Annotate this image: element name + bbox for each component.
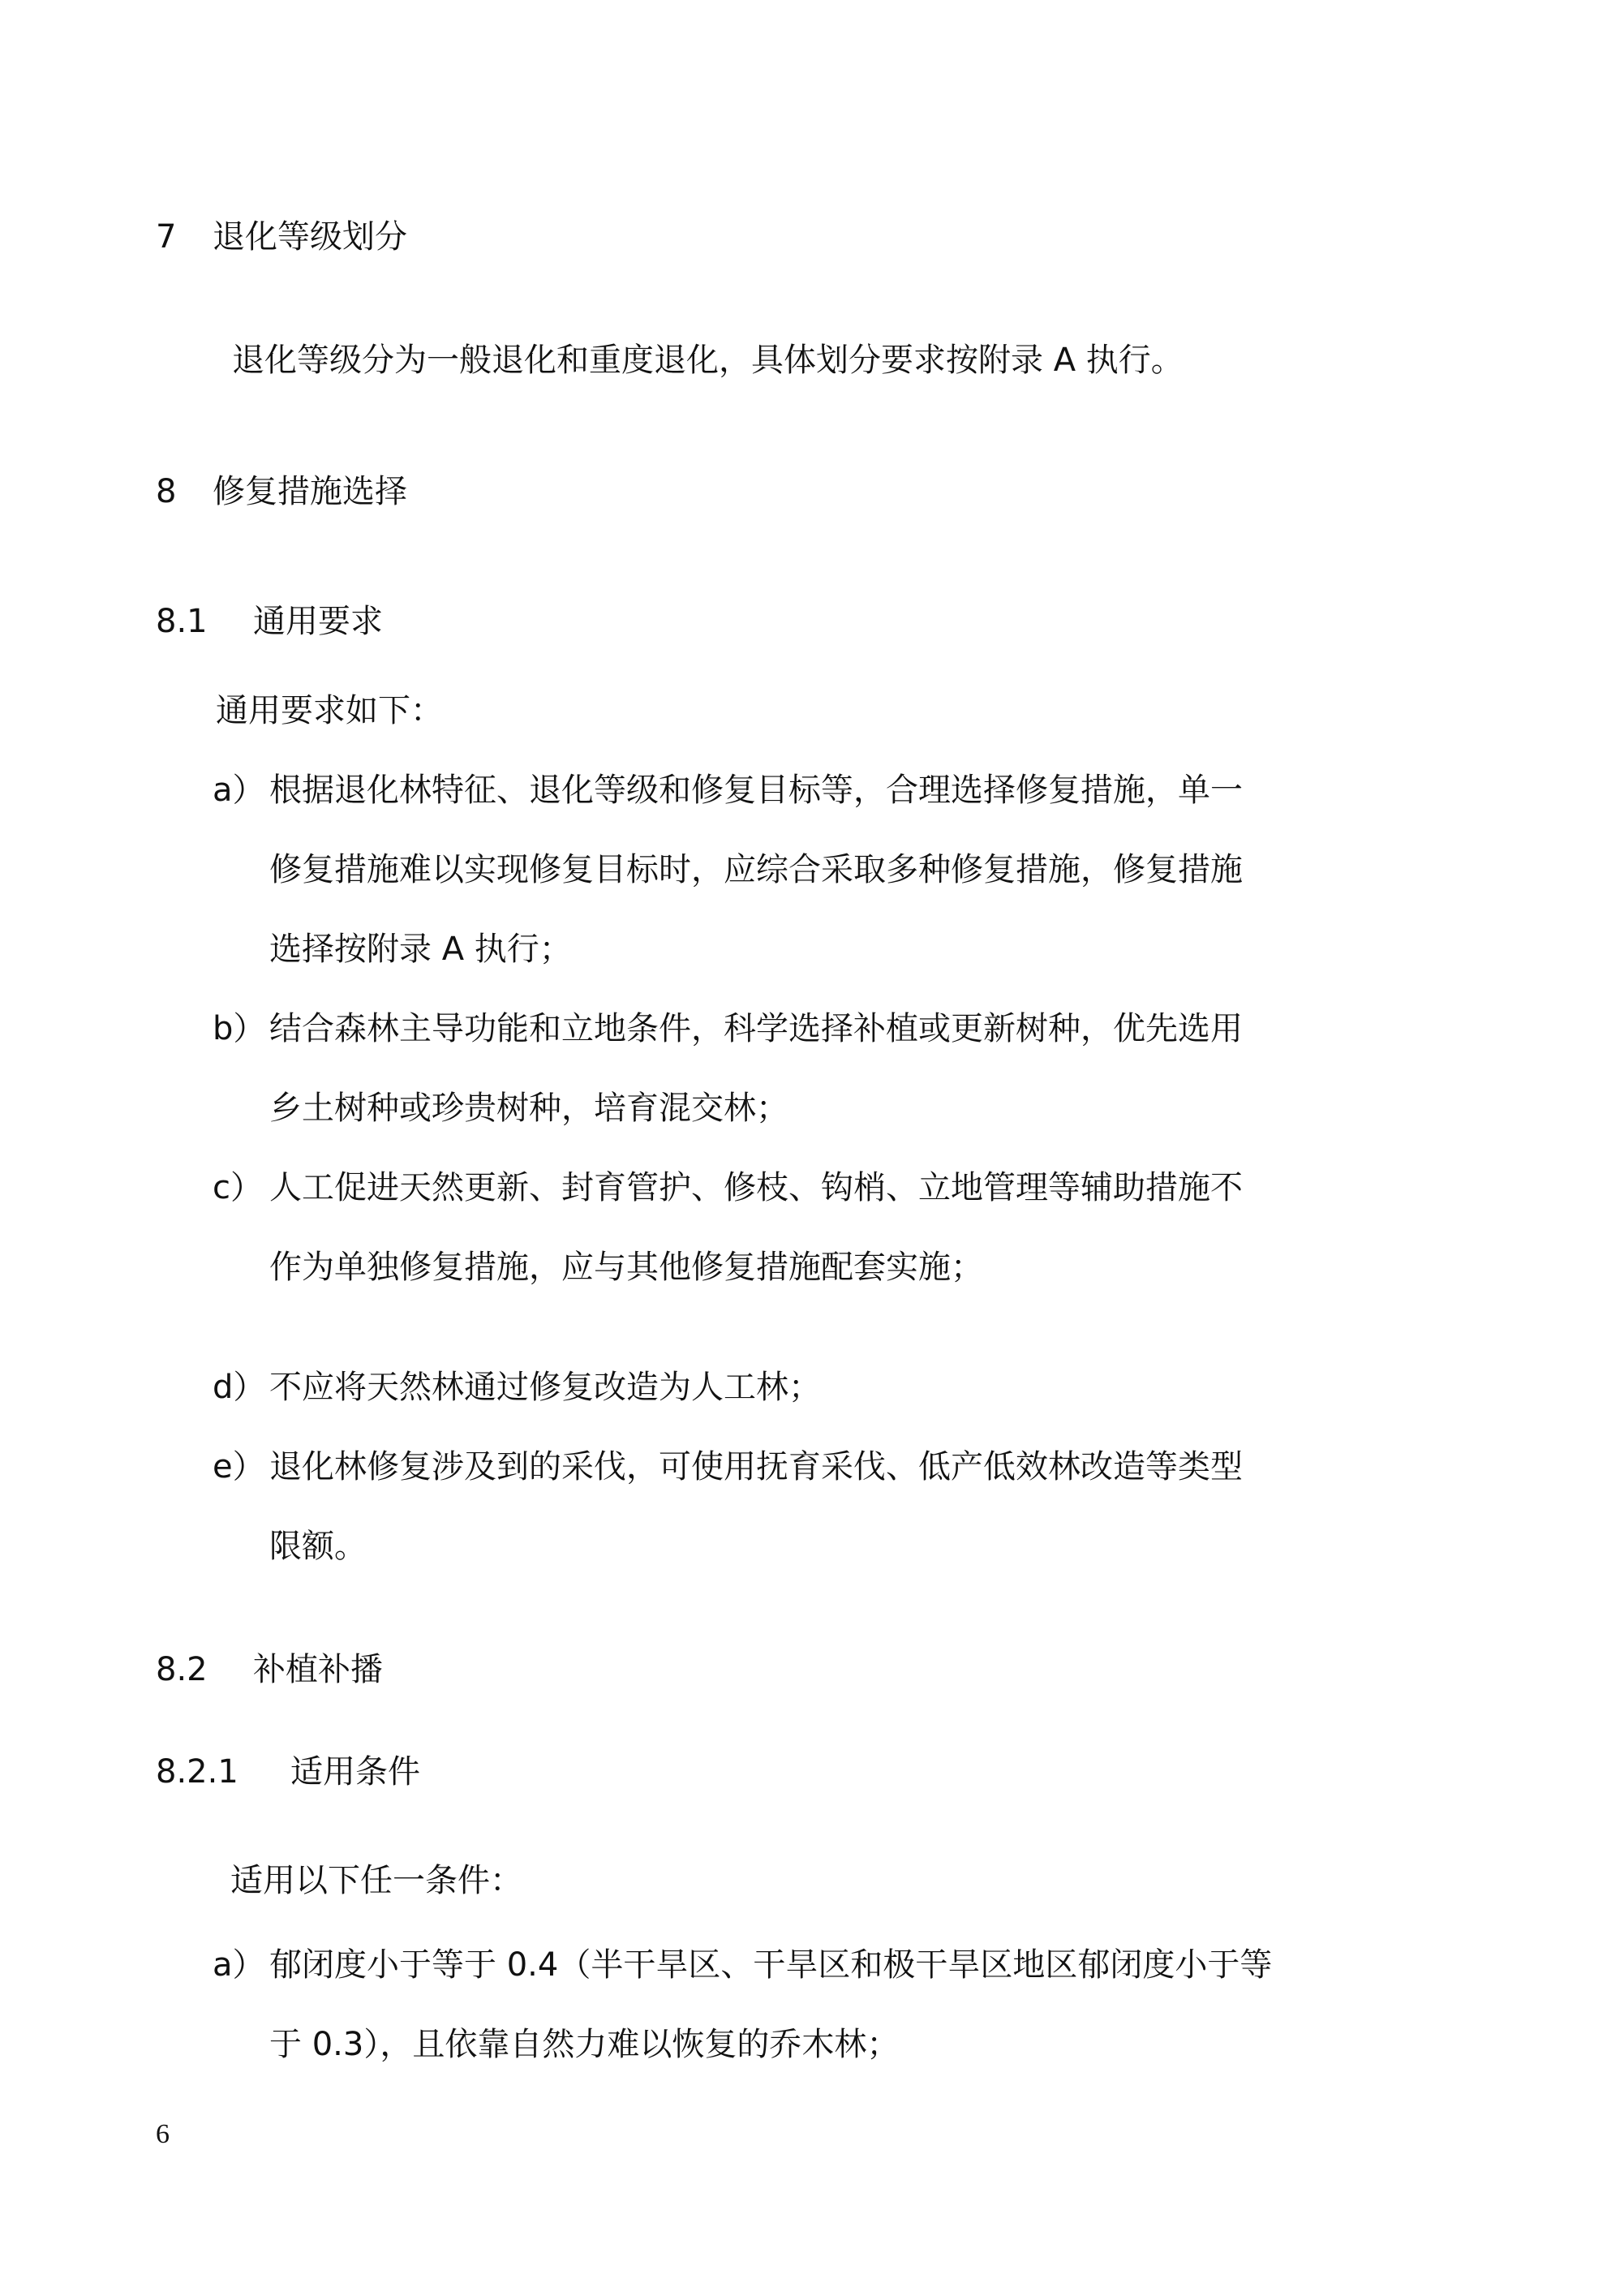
section-number: 8.1	[156, 602, 253, 641]
list-item-continuation: 作为单独修复措施，应与其他修复措施配套实施；	[269, 1248, 983, 1287]
list-item-text: 结合森林主导功能和立地条件，科学选择补植或更新树种，优先选用	[269, 1010, 1243, 1047]
list-item-text: 郁闭度小于等于 0.4（半干旱区、干旱区和极干旱区地区郁闭度小于等	[269, 1946, 1272, 1984]
list-item-text: 人工促进天然更新、封育管护、修枝、钩梢、立地管理等辅助措施不	[269, 1169, 1243, 1206]
section-title: 修复措施选择	[213, 472, 407, 511]
section-number: 8	[156, 472, 213, 511]
list-item-e: e）退化林修复涉及到的采伐，可使用抚育采伐、低产低效林改造等类型	[213, 1447, 1243, 1486]
list-item-continuation: 乡土树种或珍贵树种，培育混交林；	[269, 1089, 788, 1128]
list-item-a: a）根据退化林特征、退化等级和修复目标等，合理选择修复措施，单一	[213, 771, 1243, 810]
list-item-a: a）郁闭度小于等于 0.4（半干旱区、干旱区和极干旱区地区郁闭度小于等	[213, 1946, 1272, 1984]
heading-section-8-2: 8.2补植补播	[156, 1650, 383, 1689]
list-item-text: 根据退化林特征、退化等级和修复目标等，合理选择修复措施，单一	[269, 772, 1243, 809]
list-item-c: c）人工促进天然更新、封育管护、修枝、钩梢、立地管理等辅助措施不	[213, 1168, 1243, 1207]
list-item-continuation: 选择按附录 A 执行；	[269, 930, 572, 969]
paragraph-intro-8-2-1: 适用以下任一条件：	[230, 1861, 522, 1900]
section-title: 通用要求	[253, 602, 383, 641]
page-number: 6	[156, 2119, 170, 2150]
paragraph-intro-8-1: 通用要求如下：	[216, 691, 443, 730]
list-marker: b）	[213, 1009, 269, 1048]
heading-section-8: 8修复措施选择	[156, 472, 407, 511]
section-number: 8.2	[156, 1650, 253, 1689]
list-marker: c）	[213, 1168, 269, 1207]
list-item-continuation: 限额。	[269, 1527, 367, 1566]
list-marker: a）	[213, 1946, 269, 1984]
section-title: 退化等级划分	[213, 217, 407, 256]
list-item-text: 不应将天然林通过修复改造为人工林；	[269, 1369, 821, 1406]
section-number: 8.2.1	[156, 1752, 290, 1791]
list-item-b: b）结合森林主导功能和立地条件，科学选择补植或更新树种，优先选用	[213, 1009, 1243, 1048]
heading-section-7: 7退化等级划分	[156, 217, 407, 256]
list-item-text: 退化林修复涉及到的采伐，可使用抚育采伐、低产低效林改造等类型	[269, 1448, 1243, 1486]
list-marker: d）	[213, 1368, 269, 1407]
document-page: 7退化等级划分 退化等级分为一般退化和重度退化，具体划分要求按附录 A 执行。 …	[0, 0, 1624, 2296]
heading-section-8-2-1: 8.2.1适用条件	[156, 1752, 420, 1791]
list-item-d: d）不应将天然林通过修复改造为人工林；	[213, 1368, 821, 1407]
list-item-continuation: 于 0.3），且依靠自然力难以恢复的乔木林；	[269, 2025, 899, 2064]
heading-section-8-1: 8.1通用要求	[156, 602, 383, 641]
paragraph-section-7: 退化等级分为一般退化和重度退化，具体划分要求按附录 A 执行。	[232, 341, 1184, 380]
list-marker: e）	[213, 1447, 269, 1486]
section-title: 补植补播	[253, 1650, 383, 1689]
section-title: 适用条件	[290, 1752, 420, 1791]
list-marker: a）	[213, 771, 269, 810]
list-item-continuation: 修复措施难以实现修复目标时，应综合采取多种修复措施，修复措施	[269, 850, 1243, 889]
section-number: 7	[156, 217, 213, 256]
